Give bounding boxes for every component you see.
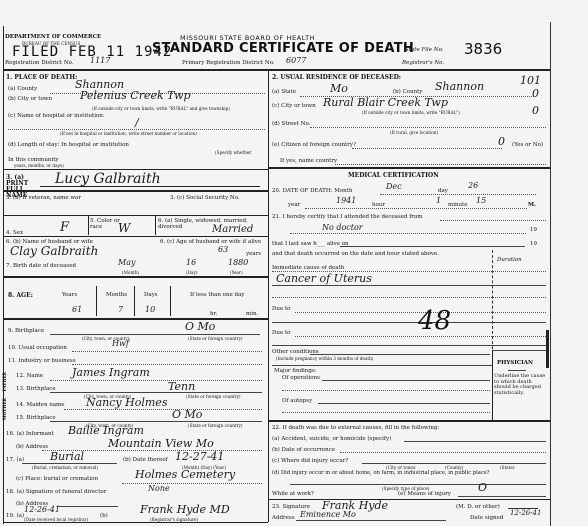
mother-name-label: 14. Maiden name xyxy=(16,402,65,408)
father-group-label: FATHER xyxy=(2,372,7,392)
mother-group-label: MOTHER xyxy=(2,398,7,420)
duration-label: Duration xyxy=(497,257,522,263)
age-years-value: 61 xyxy=(72,305,82,314)
spouse-value: Clay Galbraith xyxy=(10,244,98,258)
birth-date-label: 7. Birth date of deceased xyxy=(6,263,76,269)
stay-specify-note: (Specify whether xyxy=(215,150,251,155)
dept-line1: DEPARTMENT OF COMMERCE xyxy=(5,34,101,40)
physician-label: PHYSICIAN xyxy=(497,360,533,366)
burial-place-label: (c) Place: burial or cremation xyxy=(16,476,98,482)
other-conditions-note: (Include pregnancy within 3 months of de… xyxy=(276,356,373,361)
age-min-label: min. xyxy=(246,311,258,317)
state-file-label: State File No. xyxy=(405,47,444,53)
mother-name-value: Nancy Holmes xyxy=(86,396,167,409)
hospital-value: / xyxy=(135,116,139,129)
residence-label: 2. USUAL RESIDENCE OF DECEASED: xyxy=(272,74,401,81)
death-minute-value: 15 xyxy=(476,196,486,205)
at-work-label: While at work? xyxy=(272,491,314,497)
industry-label: 11. Industry or business xyxy=(8,358,76,364)
attended-value: No doctor xyxy=(322,223,363,232)
mother-birthplace-note-state: (State or foreign country) xyxy=(188,423,243,428)
res-state-value: Mo xyxy=(330,82,348,95)
res-city-label: (c) City or town xyxy=(272,103,316,109)
informant-label: 16. (a) Informant xyxy=(6,431,54,437)
birth-year-note: (Year) xyxy=(230,270,243,275)
right-edge-mark xyxy=(546,330,549,368)
registrar-number-label: Registrar's No. xyxy=(402,60,444,66)
death-hour-value: 1 xyxy=(436,196,441,205)
due-to-1-label: Due to xyxy=(272,306,290,312)
due-to-2-label: Due to xyxy=(272,330,290,336)
stay-label: (d) Length of stay: In hospital or insti… xyxy=(8,142,129,148)
injury-means-value: O xyxy=(478,481,487,494)
father-birthplace-note-state: (State or foreign country) xyxy=(186,394,241,399)
birthplace-value: O Mo xyxy=(185,320,215,333)
age-header-years: Years xyxy=(62,292,77,298)
father-name-value: James Ingram xyxy=(72,366,150,379)
marital-value: Married xyxy=(212,224,253,235)
informant-value: Bailie Ingram xyxy=(68,424,144,437)
burial-date-value: 12-27-41 xyxy=(175,450,224,463)
hospital-label: (c) Name of hospital or institution: xyxy=(8,113,105,119)
registrar-sig-label: (b) xyxy=(100,513,108,519)
birth-month-note: (Month) xyxy=(122,270,139,275)
last-saw-year-suffix: 19 xyxy=(530,241,537,247)
community-note: years, months, or days) xyxy=(14,163,64,168)
death-minute-suffix: M. xyxy=(528,202,536,208)
res-county-label: (b) County xyxy=(393,89,422,95)
burial-place-value: Holmes Cemetery xyxy=(135,468,235,481)
age-months-value: 7 xyxy=(118,305,123,314)
spouse-age-value: 63 xyxy=(218,245,228,254)
death-county-label: (a) County xyxy=(8,86,37,92)
death-city-note: (If outside city or town limits, write "… xyxy=(92,106,230,111)
right-edge xyxy=(550,22,551,526)
res-street-note: (If rural, give location) xyxy=(390,130,438,135)
res-county-value: Shannon xyxy=(435,80,484,93)
certificate-title: STANDARD CERTIFICATE OF DEATH xyxy=(152,41,414,56)
age-days-value: 10 xyxy=(145,305,155,314)
signer-address-value: Eminence Mo xyxy=(300,510,356,519)
citizen-label: (e) Citizen of foreign country? xyxy=(272,142,356,148)
death-city-value: Pelenius Creek Twp xyxy=(80,89,191,102)
external-causes-label: 22. If death was due to external causes,… xyxy=(272,425,439,431)
death-day-value: 26 xyxy=(468,181,478,190)
funeral-director-label: 18. (a) Signature of funeral director xyxy=(6,489,106,495)
received-date-value: 12-26-41 xyxy=(24,505,60,514)
father-name-label: 12. Name xyxy=(16,373,43,379)
res-state-label: (a) State xyxy=(272,89,296,95)
margin-code-3: 0 xyxy=(532,104,539,117)
injury-means-label: (e) Means of injury xyxy=(398,491,451,497)
signer-address-label: Address xyxy=(272,515,295,521)
primary-registration-value: 6077 xyxy=(286,56,306,65)
underline-note: Underline the cause to which death shoul… xyxy=(494,374,546,396)
occupation-label: 10. Usual occupation xyxy=(8,345,67,351)
full-name-value: Lucy Galbraith xyxy=(55,171,161,187)
birth-day-note: (Day) xyxy=(186,270,198,275)
where-note-state: (State) xyxy=(500,465,514,470)
operations-label: Of operations xyxy=(282,375,320,381)
accident-label: (a) Accident, suicide, or homicide (spec… xyxy=(272,436,391,442)
age-header-months: Months xyxy=(106,292,127,298)
last-saw-label: that I last saw h___ alive on xyxy=(272,241,349,247)
burial-date-label: (b) Date thereof xyxy=(123,457,168,463)
spouse-age-unit: years xyxy=(246,251,261,257)
birth-year-value: 1880 xyxy=(228,258,248,267)
autopsy-label: Of autopsy xyxy=(282,398,312,404)
attended-label: 21. I hereby certify that I attended the… xyxy=(272,214,422,220)
margin-code-1: 101 xyxy=(520,74,541,87)
birthplace-note-state: (State or foreign country) xyxy=(188,336,243,341)
burial-note: (Burial, cremation, or removal) xyxy=(32,465,98,470)
margin-handwritten-mark: 48 xyxy=(418,306,451,336)
social-security-label: 3. (c) Social Security No. xyxy=(170,195,240,201)
registration-district-label: Registration District No. xyxy=(5,60,74,66)
birth-day-value: 16 xyxy=(186,258,196,267)
registration-district-value: 1117 xyxy=(90,56,110,65)
date-signed-value: 12-26-41 xyxy=(510,509,541,517)
age-hr-label: hr. xyxy=(210,311,217,317)
state-file-number: 3836 xyxy=(464,40,502,58)
veteran-label: 3. (b) If veteran, name war xyxy=(6,195,81,201)
death-year-label: year xyxy=(288,202,300,208)
header-divider xyxy=(3,69,550,71)
occurrence-date-label: (b) Date of occurrence xyxy=(272,447,335,453)
age-header-days: Days xyxy=(144,292,158,298)
immediate-cause-value: Cancer of Uterus xyxy=(276,272,372,285)
mother-birthplace-value: O Mo xyxy=(172,408,202,421)
injury-place-label: (d) Did injury occur in or about home, o… xyxy=(272,470,490,476)
signature-title-label: (M. D. or other) xyxy=(456,504,500,510)
death-certificate: DEPARTMENT OF COMMERCE BUREAU OF THE CEN… xyxy=(0,0,588,526)
res-city-note: (If outside city or town limits, write "… xyxy=(362,110,460,115)
age-header-less-day: If less than one day xyxy=(190,292,244,298)
birth-month-value: May xyxy=(118,258,135,267)
res-city-value: Rural Blair Creek Twp xyxy=(323,96,448,109)
death-city-label: (b) City or town xyxy=(8,96,52,102)
funeral-director-value: None xyxy=(148,484,170,493)
place-of-death-label: 1. PLACE OF DEATH: xyxy=(6,74,77,81)
received-label: 19. (a) xyxy=(6,513,24,519)
injury-where-label: (c) Where did injury occur? xyxy=(272,458,348,464)
sex-value: F xyxy=(60,220,69,235)
death-date-label: 20. DATE OF DEATH: Month xyxy=(272,188,352,194)
center-divider xyxy=(268,71,269,522)
attended-year-suffix: 19 xyxy=(530,227,537,233)
death-year-value: 1941 xyxy=(336,196,356,205)
occupation-value: Hwf xyxy=(112,339,129,348)
medical-cert-title: MEDICAL CERTIFICATION xyxy=(348,172,439,179)
date-signed-label: Date signed xyxy=(470,515,503,521)
citizen-value: 0 xyxy=(498,135,505,148)
registrar-sig-value: Frank Hyde MD xyxy=(140,503,230,516)
citizen-note: (Yes or No) xyxy=(512,142,543,148)
major-findings-label: Major findings: xyxy=(274,368,317,374)
birthplace-label: 9. Birthplace xyxy=(8,328,44,334)
color-value: W xyxy=(118,221,130,235)
res-street-label: (d) Street No. xyxy=(272,121,310,127)
age-label: 8. AGE: xyxy=(8,292,33,299)
left-border xyxy=(3,26,4,524)
country-name-label: If yes, name country xyxy=(280,158,337,164)
informant-address-value: Mountain View Mo xyxy=(108,437,214,450)
spouse-age-label: 6. (c) Age of husband or wife if alive xyxy=(160,239,266,245)
margin-code-2: 0 xyxy=(532,87,539,100)
death-month-value: Dec xyxy=(386,182,402,191)
hospital-note: (If not in hospital or institution, writ… xyxy=(60,131,197,136)
burial-value: Burial xyxy=(50,450,84,463)
death-occurred-statement: and that death occurred on the date and … xyxy=(272,251,439,257)
primary-registration-label: Primary Registration District No. xyxy=(182,60,275,66)
